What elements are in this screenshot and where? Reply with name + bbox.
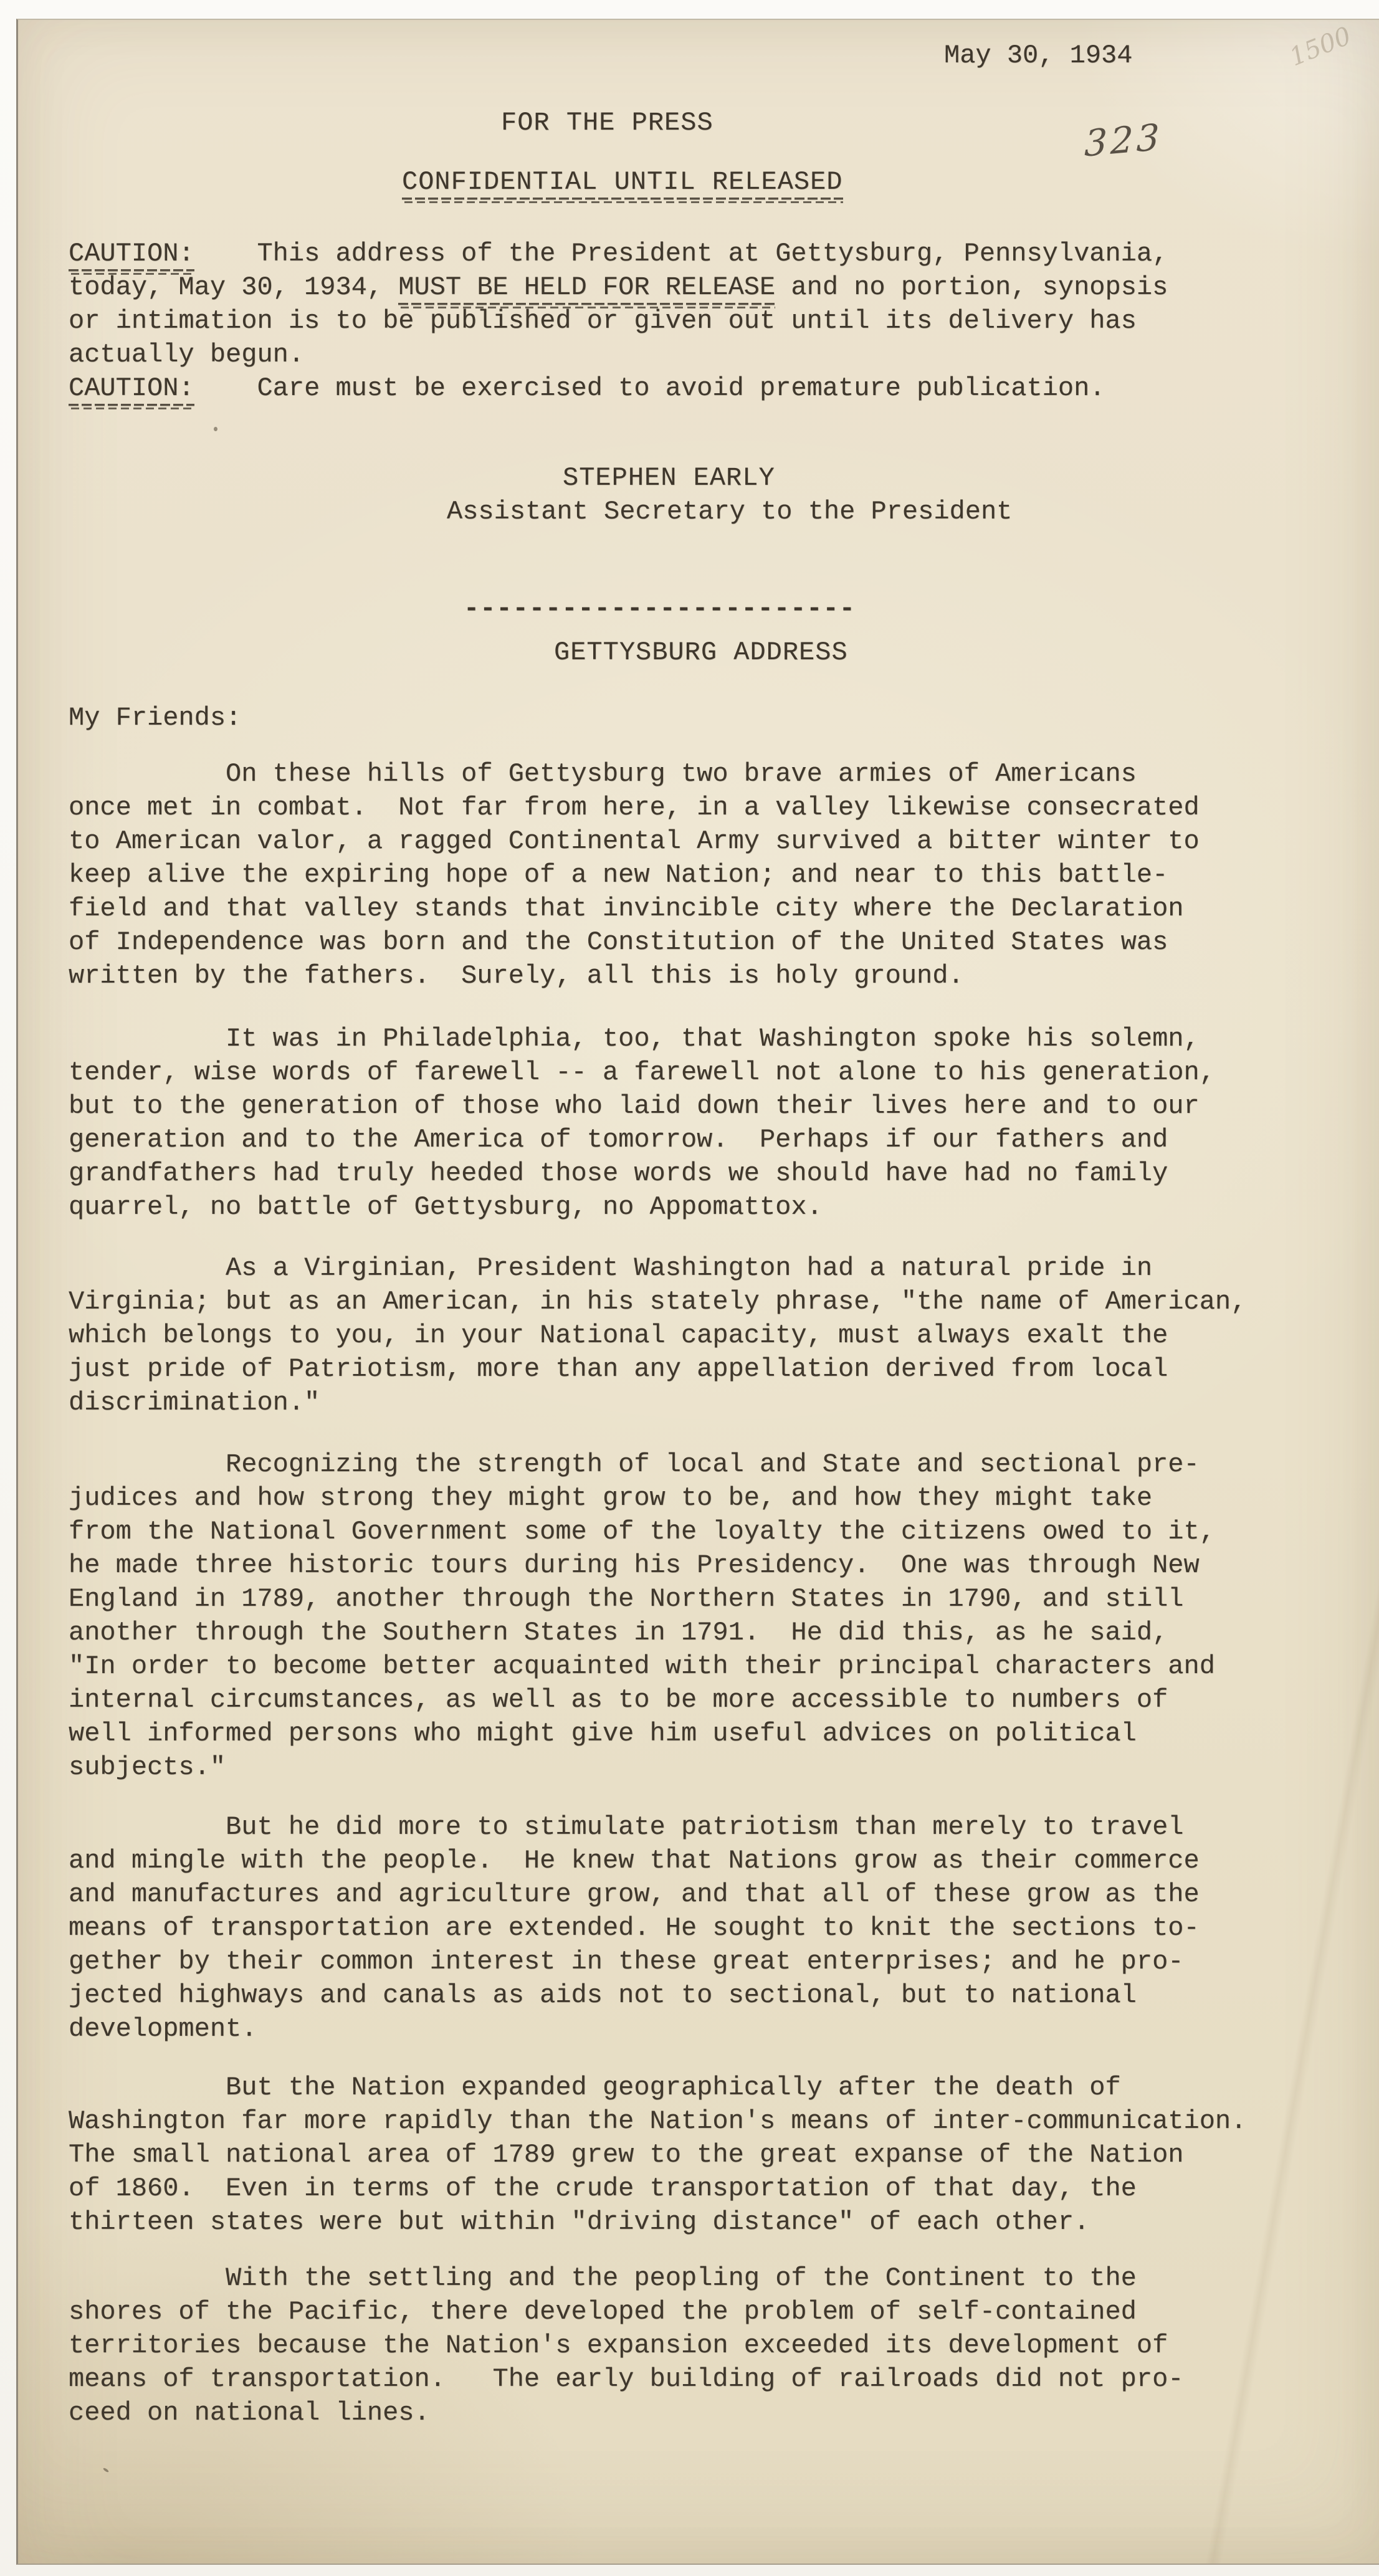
confidential-heading-line: CONFIDENTIAL UNTIL RELEASED <box>402 165 1354 199</box>
speech-paragraph-4: Recognizing the strength of local and St… <box>69 1448 1354 1784</box>
paper-speck <box>214 427 217 431</box>
separator-dashes: ------------------------ <box>464 592 1354 626</box>
signature-name: STEPHEN EARLY <box>563 461 1354 495</box>
speech-paragraph-3: As a Virginian, President Washington had… <box>69 1251 1354 1419</box>
speech-paragraph-2: It was in Philadelphia, too, that Washin… <box>69 1022 1354 1224</box>
caution-text-2: Care must be exercised to avoid prematur… <box>194 373 1105 403</box>
press-heading: FOR THE PRESS <box>501 106 1354 140</box>
document-paper: May 30, 1934 FOR THE PRESS 323 1500 CONF… <box>16 19 1379 2565</box>
caution-label: CAUTION: <box>69 239 194 275</box>
signature-title: Assistant Secretary to the President <box>447 495 1354 528</box>
confidential-heading: CONFIDENTIAL UNTIL RELEASED <box>402 167 843 203</box>
handwritten-page-number: 323 <box>1084 120 1163 160</box>
caution-notice: CAUTION: This address of the President a… <box>69 237 1354 405</box>
salutation: My Friends: <box>69 701 1354 735</box>
paper-speck <box>103 2467 109 2473</box>
speech-paragraph-1: On these hills of Gettysburg two brave a… <box>69 757 1354 993</box>
speech-title: GETTYSBURG ADDRESS <box>554 636 1354 669</box>
speech-paragraph-5: But he did more to stimulate patriotism … <box>69 1810 1354 2046</box>
release-restriction: MUST BE HELD FOR RELEASE <box>398 272 775 308</box>
speech-paragraph-7: With the settling and the peopling of th… <box>69 2261 1354 2430</box>
speech-paragraph-6: But the Nation expanded geographically a… <box>69 2071 1354 2239</box>
caution-label-2: CAUTION: <box>69 373 194 409</box>
scanner-background: May 30, 1934 FOR THE PRESS 323 1500 CONF… <box>0 0 1379 2576</box>
